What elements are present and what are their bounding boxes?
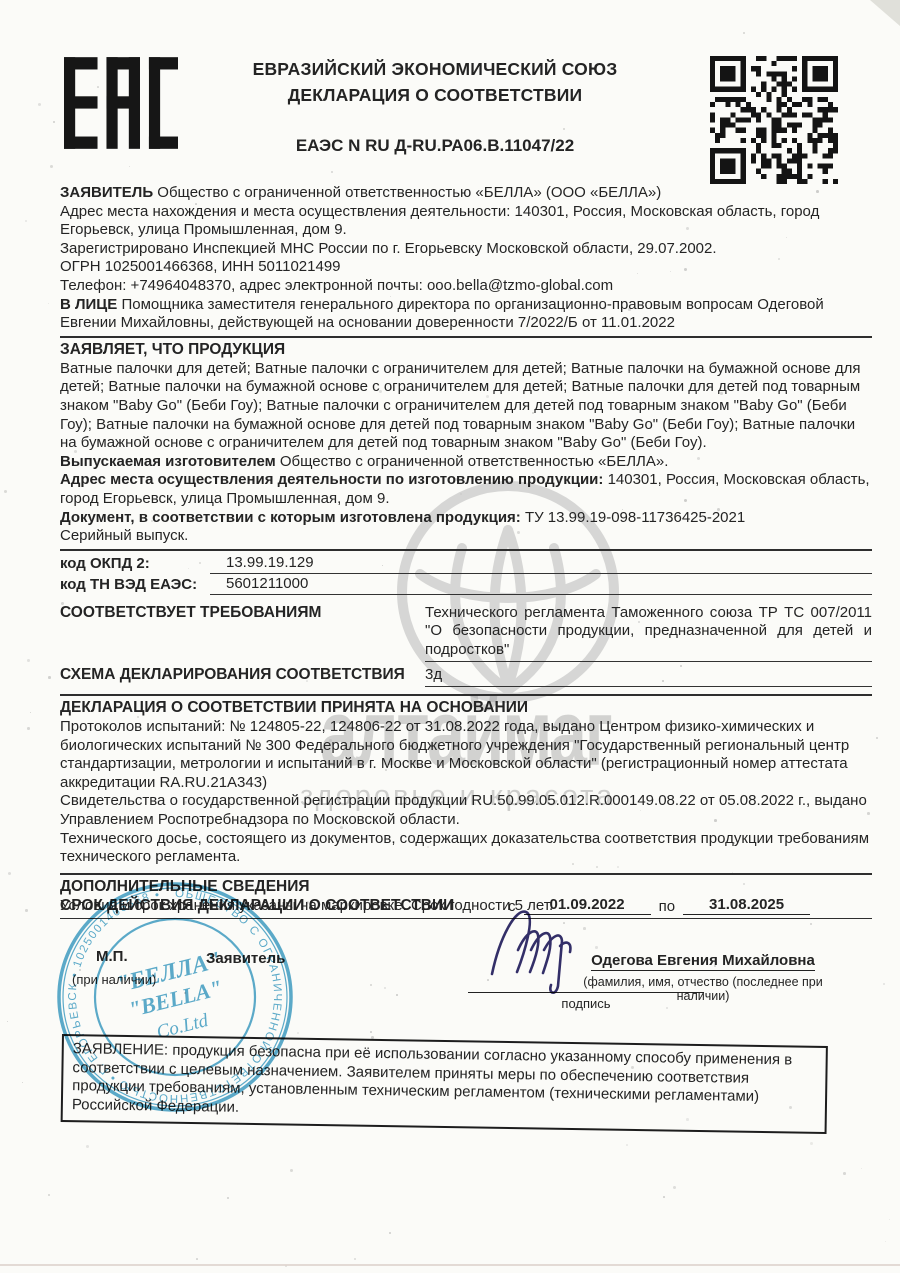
mfg-address-label: Адрес места осуществления деятельности п… — [60, 471, 603, 488]
in-person-paragraph: В ЛИЦЕ Помощника заместителя генеральног… — [60, 296, 872, 333]
section-divider — [60, 873, 872, 875]
section-divider — [60, 694, 872, 696]
code-row-tnved: код ТН ВЭД ЕАЭС: 5601211000 — [60, 574, 872, 595]
in-person-label: В ЛИЦЕ — [60, 296, 117, 313]
mfg-doc-label: Документ, в соответствии с которым изгот… — [60, 509, 521, 526]
manufacturer-label: Выпускаемая изготовителем — [60, 453, 276, 470]
scheme-value: 3д — [425, 666, 872, 687]
manufacturer-paragraph: Выпускаемая изготовителем Общество с огр… — [60, 453, 872, 472]
declaration-number: ЕАЭС N RU Д-RU.РА06.В.11047/22 — [165, 136, 705, 156]
applicant-ogrn-inn: ОГРН 1025001466368, ИНН 5011021499 — [60, 258, 872, 277]
validity-to-label: по — [659, 898, 675, 915]
compliance-label: СООТВЕТСТВУЕТ ТРЕБОВАНИЯМ — [60, 604, 425, 663]
tnved-label: код ТН ВЭД ЕАЭС: — [60, 576, 210, 595]
okpd-value: 13.99.19.129 — [210, 554, 872, 574]
document-title: ДЕКЛАРАЦИЯ О СООТВЕТСТВИИ — [165, 82, 705, 108]
scheme-label: СХЕМА ДЕКЛАРИРОВАНИЯ СООТВЕТСТВИЯ — [60, 666, 425, 687]
compliance-text: Технического регламента Таможенного союз… — [425, 604, 872, 663]
union-title: ЕВРАЗИЙСКИЙ ЭКОНОМИЧЕСКИЙ СОЮЗ — [165, 56, 705, 82]
serial-issue: Серийный выпуск. — [60, 527, 872, 546]
eac-mark-logo — [64, 52, 178, 154]
document-body: ЗАЯВИТЕЛЬ Общество с ограниченной ответс… — [60, 184, 872, 921]
document-page: алтаймаг здоровье и красота ЕВРАЗИЙСКИЙ … — [0, 0, 900, 1273]
basis-heading: ДЕКЛАРАЦИЯ О СООТВЕТСТВИИ ПРИНЯТА НА ОСН… — [60, 698, 872, 718]
products-heading: ЗАЯВЛЯЕТ, ЧТО ПРОДУКЦИЯ — [60, 340, 872, 360]
scan-corner-shadow — [870, 0, 900, 26]
applicant-address: Адрес места нахождения и места осуществл… — [60, 203, 872, 240]
section-divider — [60, 549, 872, 551]
applicant-paragraph: ЗАЯВИТЕЛЬ Общество с ограниченной ответс… — [60, 184, 872, 203]
qr-code — [710, 56, 838, 184]
validity-to-date: 31.08.2025 — [683, 896, 810, 915]
basis-paragraph: Свидетельства о государственной регистра… — [60, 792, 872, 829]
basis-paragraph: Протоколов испытаний: № 124805-22, 12480… — [60, 718, 872, 792]
applicant-label: ЗАЯВИТЕЛЬ — [60, 184, 153, 201]
applicant-contacts: Телефон: +74964048370, адрес электронной… — [60, 277, 872, 296]
mfg-doc-paragraph: Документ, в соответствии с которым изгот… — [60, 509, 872, 528]
scheme-section: СХЕМА ДЕКЛАРИРОВАНИЯ СООТВЕТСТВИЯ 3д — [60, 666, 872, 687]
section-divider — [60, 336, 872, 338]
handwritten-signature — [474, 902, 644, 1002]
tnved-value: 5601211000 — [210, 575, 872, 595]
scan-edge-line — [0, 1264, 900, 1266]
company-stamp: ОБЩЕСТВО С ОГРАНИЧЕННОЙ ОТВЕТСТВЕННОСТЬЮ… — [50, 876, 300, 1120]
code-row-okpd: код ОКПД 2: 13.99.19.129 — [60, 553, 872, 574]
products-list: Ватные палочки для детей; Ватные палочки… — [60, 360, 872, 453]
basis-paragraph: Технического досье, состоящего из докуме… — [60, 830, 872, 867]
stamp-line3: Co.Ltd — [154, 1010, 210, 1043]
mfg-address-paragraph: Адрес места осуществления деятельности п… — [60, 471, 872, 508]
compliance-section: СООТВЕТСТВУЕТ ТРЕБОВАНИЯМ Технического р… — [60, 604, 872, 663]
okpd-label: код ОКПД 2: — [60, 555, 210, 574]
applicant-registration: Зарегистрировано Инспекцией МНС России п… — [60, 240, 872, 259]
